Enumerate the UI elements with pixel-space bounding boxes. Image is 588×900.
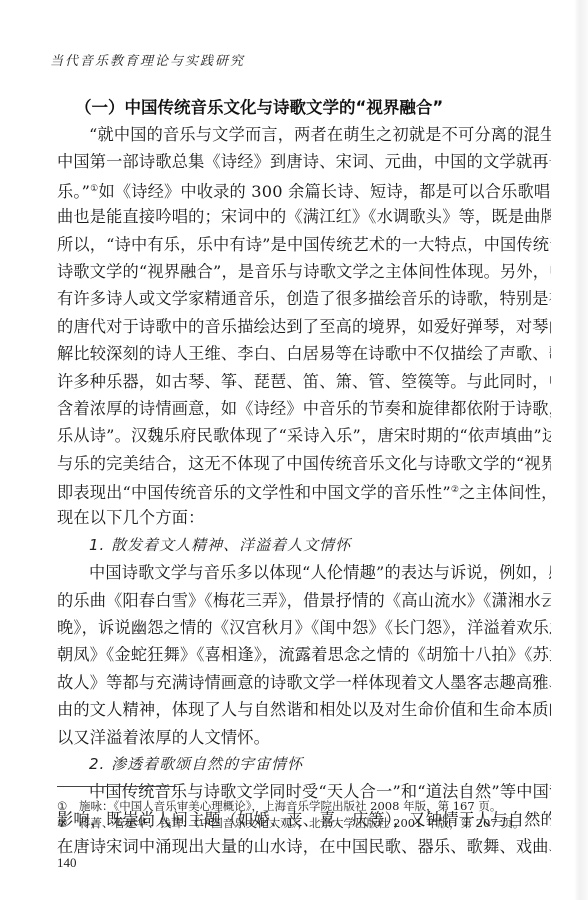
text-line: 故人》等都与充满诗情画意的诗歌文学一样体现着文人墨客志趣高雅、追求自 xyxy=(57,669,551,696)
footnote-text: 蒋菁、管建华、钱茸：《中国音乐文化大观》，北京大学出版社 2001 年版，第 2… xyxy=(79,816,524,830)
text-line: 即表现出“中国传统音乐的文学性和中国文学的音乐性”②之主体间性，具体体 xyxy=(57,477,551,504)
page-number: 140 xyxy=(57,855,77,871)
text-line: 由的文人精神，体现了人与自然谐和相处以及对生命价值和生命本质的妙悟，所 xyxy=(57,696,551,723)
footnote-text: 施咏：《中国人音乐审美心理概论》，上海音乐学院出版社 2008 年版，第 167… xyxy=(79,799,501,813)
subheading-2: 2. 渗透着歌颂自然的宇宙情怀 xyxy=(57,751,551,778)
paragraph-2: 中国诗歌文学与音乐多以体现“人伦情趣”的表达与诉说，例如，感悟而发 的乐曲《阳春… xyxy=(57,559,551,751)
text-line: 乐从诗”。汉魏乐府民歌体现了“采诗入乐”，唐宋时期的“依声填曲”达到了词 xyxy=(57,422,551,449)
footnote-divider xyxy=(57,786,177,787)
subheading-1: 1. 散发着文人精神、洋溢着人文情怀 xyxy=(57,532,551,559)
footnote-mark: ② xyxy=(57,815,79,832)
text-line: 乐。”①如《诗经》中收录的 300 余篇长诗、短诗，都是可以合乐歌唱的；唐诗和元 xyxy=(57,176,551,203)
footnote-mark: ① xyxy=(57,798,79,815)
text-line: 有许多诗人或文学家精通音乐，创造了很多描绘音乐的诗歌，特别是在诗歌盛世 xyxy=(57,285,551,312)
text-line: 曲也是能直接吟唱的；宋词中的《满江红》《水调歌头》等，既是曲牌，又是词牌。 xyxy=(57,203,551,230)
footnote-2: ②蒋菁、管建华、钱茸：《中国音乐文化大观》，北京大学出版社 2001 年版，第 … xyxy=(57,815,524,832)
running-head: 当代音乐教育理论与实践研究 xyxy=(50,50,245,69)
text-line: 解比较深刻的诗人王维、李白、白居易等在诗歌中不仅描绘了声歌、歌舞，还涉及 xyxy=(57,340,551,367)
text-line: 现在以下几个方面： xyxy=(57,504,551,531)
text-line: “就中国的音乐与文学而言，两者在萌生之初就是不可分离的混生体。从 xyxy=(57,121,551,148)
page-body: （一）中国传统音乐文化与诗歌文学的“视界融合” “就中国的音乐与文学而言，两者在… xyxy=(57,94,551,861)
scan-shadow xyxy=(574,0,588,900)
text-line: 中国第一部诗歌总集《诗经》到唐诗、宋词、元曲，中国的文学就再也没有离过音 xyxy=(57,148,551,175)
text-line: 含着浓厚的诗情画意，如《诗经》中音乐的节奏和旋律都依附于诗歌，体现了“以 xyxy=(57,395,551,422)
text-line: 所以，“诗中有乐，乐中有诗”是中国传统艺术的一大特点，中国传统音乐文化与 xyxy=(57,231,551,258)
text-line: 中国诗歌文学与音乐多以体现“人伦情趣”的表达与诉说，例如，感悟而发 xyxy=(57,559,551,586)
text-line: 晚》，诉说幽怨之情的《汉宫秋月》《闺中怨》《长门怨》，洋溢着欢乐之情的《百鸟 xyxy=(57,614,551,641)
text-line: 的乐曲《阳春白雪》《梅花三弄》，借景抒情的《高山流水》《潇湘水云》《渔舟唱 xyxy=(57,587,551,614)
paragraph-1: “就中国的音乐与文学而言，两者在萌生之初就是不可分离的混生体。从 中国第一部诗歌… xyxy=(57,121,551,532)
text-line: 朝凤》《金蛇狂舞》《喜相逢》，流露着思念之情的《胡笳十八拍》《苏武思乡》《忆 xyxy=(57,641,551,668)
text-line: 以又洋溢着浓厚的人文情怀。 xyxy=(57,724,551,751)
footnote-ref-2[interactable]: ② xyxy=(451,485,459,495)
text-line: 在唐诗宋词中涌现出大量的山水诗，在中国民歌、器乐、歌舞、戏曲、说唱音乐等民 xyxy=(57,833,551,860)
section-title: （一）中国传统音乐文化与诗歌文学的“视界融合” xyxy=(75,94,551,121)
text-line: 许多种乐器，如古琴、筝、琵琶、笛、箫、管、箜篌等。与此同时，中国传统音乐也蕴 xyxy=(57,368,551,395)
text-line: 与乐的完美结合，这无不体现了中国传统音乐文化与诗歌文学的“视界融合”， xyxy=(57,450,551,477)
text-line: 诗歌文学的“视界融合”，是音乐与诗歌文学之主体间性体现。另外，中国古代 xyxy=(57,258,551,285)
footnote-1: ①施咏：《中国人音乐审美心理概论》，上海音乐学院出版社 2008 年版，第 16… xyxy=(57,798,524,815)
footnotes: ①施咏：《中国人音乐审美心理概论》，上海音乐学院出版社 2008 年版，第 16… xyxy=(57,798,524,832)
text-line: 的唐代对于诗歌中的音乐描绘达到了至高的境界，如爱好弹琴，对琴曲、琴艺理 xyxy=(57,313,551,340)
